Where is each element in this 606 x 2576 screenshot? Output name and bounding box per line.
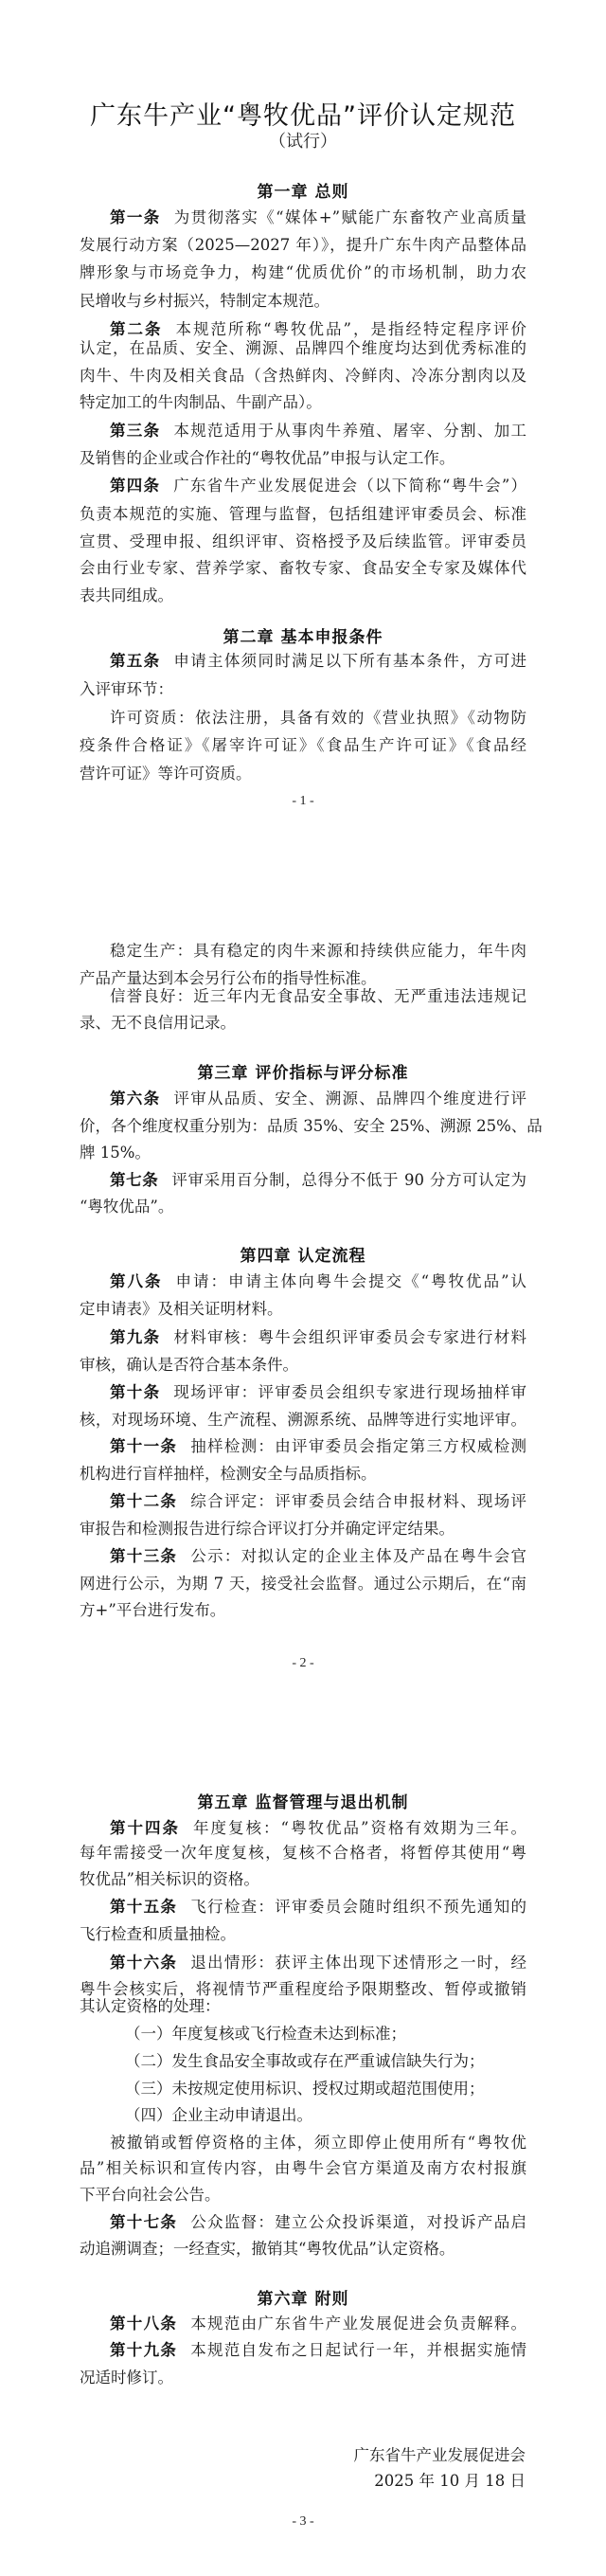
article-text: 本规范自发布之日起试行一年，并根据实施情	[190, 2341, 526, 2359]
paragraph-text: 被撤销或暂停资格的主体，须立即停止使用所有“粤牧优	[110, 2132, 526, 2154]
paragraph-text: 营许可证》等许可资质。	[80, 763, 526, 785]
article-text: 审核，确认是否符合基本条件。	[80, 1354, 526, 1377]
document-subtitle: （试行）	[0, 128, 606, 153]
paragraph-text: 稳定生产：具有稳定的肉牛来源和持续供应能力，年牛肉	[110, 940, 526, 963]
article-label: 第四条	[110, 477, 160, 495]
paragraph-text: 疫条件合格证》《屠宰许可证》《食品生产许可证》《食品经	[80, 734, 526, 757]
article-text: 价，各个维度权重分别为：品质 35%、安全 25%、溯源 25%、品	[80, 1115, 526, 1138]
signature-org: 广东省牛产业发展促进会	[354, 2442, 526, 2465]
paragraph-text: 品”相关标识和宣传内容，由粤牛会官方渠道及南方农村报旗	[80, 2157, 526, 2180]
article-text: 牌形象与市场竞争力，构建“优质优价”的市场机制，助力农	[80, 261, 526, 284]
article-label: 第五条	[110, 652, 160, 670]
article-text: 入评审环节：	[80, 678, 526, 701]
article-text: 广东省牛产业发展促进会（以下简称“粤牛会”）	[173, 477, 526, 495]
document-title: 广东牛产业“粤牧优品”评价认定规范	[0, 95, 606, 132]
article-text: 综合评定：评审委员会结合申报材料、现场评	[190, 1492, 526, 1510]
article-text: 本规范由广东省牛产业发展促进会负责解释。	[190, 2315, 526, 2333]
article-label: 第九条	[110, 1328, 160, 1346]
article-label: 第十八条	[110, 2315, 177, 2333]
article-text: 评审从品质、安全、溯源、品牌四个维度进行评	[173, 1090, 526, 1108]
chapter-6-heading: 第六章 附则	[0, 2285, 606, 2309]
article-text: 公示：对拟认定的企业主体及产品在粤牛会官	[190, 1547, 526, 1565]
article-label: 第十九条	[110, 2341, 177, 2359]
article-text: 表共同组成。	[80, 585, 526, 607]
article-label: 第一条	[110, 208, 161, 226]
article-text: 申请主体须同时满足以下所有基本条件，方可进	[173, 652, 526, 670]
article-label: 第十条	[110, 1383, 160, 1401]
article-text: 现场评审：评审委员会组织专家进行现场抽样审	[173, 1383, 526, 1401]
article-text: 定申请表》及相关证明材料。	[80, 1298, 526, 1321]
article-text: 每年需接受一次年度复核，复核不合格者，将暂停其使用“粤	[80, 1842, 526, 1864]
article-label: 第二条	[110, 320, 163, 338]
paragraph-text: 下平台向社会公告。	[80, 2184, 526, 2207]
article-text: 退出情形：获评主体出现下述情形之一时，经	[190, 1954, 526, 1972]
article-text: 公众监督：建立公众投诉渠道，对投诉产品启	[190, 2213, 526, 2231]
article-text: 牧优品”相关标识的资格。	[80, 1868, 526, 1891]
article-text: 肉牛、牛肉及相关食品（含热鲜肉、冷鲜肉、冷冻分割肉以及	[80, 365, 526, 387]
chapter-3-heading: 第三章 评价指标与评分标准	[0, 1059, 606, 1083]
article-text: 会由行业专家、营养学家、畜牧专家、食品安全专家及媒体代	[80, 557, 526, 580]
article-text: 本规范所称“粤牧优品”，是指经特定程序评价	[176, 320, 526, 338]
article-text: 方+”平台进行发布。	[80, 1599, 526, 1622]
article-text: 飞行检查：评审委员会随时组织不预先通知的	[190, 1898, 526, 1916]
list-item: （二）发生食品安全事故或存在严重诚信缺失行为；	[125, 2050, 526, 2073]
article-label: 第十六条	[110, 1954, 177, 1972]
article-text: 材料审核：粤牛会组织评审委员会专家进行材料	[173, 1328, 526, 1346]
article-text: 动追溯调查；一经查实，撤销其“粤牧优品”认定资格。	[80, 2238, 526, 2261]
article-text: 抽样检测：由评审委员会指定第三方权威检测	[190, 1437, 526, 1455]
article-text: “粤牧优品”。	[80, 1196, 526, 1218]
article-text: 飞行检查和质量抽检。	[80, 1923, 526, 1946]
article-text: 负责本规范的实施、管理与监督，包括组建评审委员会、标准	[80, 503, 526, 526]
article-text: 机构进行盲样抽样，检测安全与品质指标。	[80, 1463, 526, 1486]
article-text: 特定加工的牛肉制品、牛副产品）。	[80, 391, 526, 414]
article-text: 申请：申请主体向粤牛会提交《“粤牧优品”认	[176, 1272, 526, 1290]
article-text: 年度复核：“粤牧优品”资格有效期为三年。	[193, 1819, 526, 1837]
paragraph-text: 录、无不良信用记录。	[80, 1012, 526, 1035]
article-text: 为贯彻落实《“媒体+”赋能广东畜牧产业高质量	[174, 208, 526, 226]
chapter-4-heading: 第四章 认定流程	[0, 1242, 606, 1266]
article-text: 发展行动方案（2025—2027 年）》，提升广东牛肉产品整体品	[80, 234, 526, 257]
article-label: 第十五条	[110, 1898, 177, 1916]
article-text: 及销售的企业或合作社的“粤牧优品”申报与认定工作。	[80, 447, 526, 470]
article-label: 第六条	[110, 1090, 160, 1108]
article-label: 第三条	[110, 422, 160, 440]
paragraph-text: 信誉良好：近三年内无食品安全事故、无严重违法违规记	[110, 985, 526, 1008]
chapter-1-heading: 第一章 总则	[0, 178, 606, 202]
article-text: 评审采用百分制，总得分不低于 90 分方可认定为	[171, 1171, 526, 1189]
article-text: 况适时修订。	[80, 2367, 526, 2389]
page-number: - 2 -	[0, 1656, 606, 1671]
chapter-5-heading: 第五章 监督管理与退出机制	[0, 1789, 606, 1812]
article-text: 认定，在品质、安全、溯源、品牌四个维度均达到优秀标准的	[80, 337, 526, 360]
list-item: （一）年度复核或飞行检查未达到标准；	[125, 2023, 526, 2045]
chapter-2-heading: 第二章 基本申报条件	[0, 623, 606, 647]
list-item: （四）企业主动申请退出。	[125, 2104, 526, 2127]
article-text: 宣贯、受理申报、组织评审、资格授予及后续监管。评审委员	[80, 531, 526, 553]
article-text: 网进行公示，为期 7 天，接受社会监督。通过公示期后，在“南	[80, 1573, 526, 1595]
paragraph-text: 许可资质：依法注册，具备有效的《营业执照》《动物防	[110, 707, 526, 730]
article-label: 第十七条	[110, 2213, 177, 2231]
article-text: 其认定资格的处理：	[80, 1995, 526, 2018]
article-label: 第七条	[110, 1171, 158, 1189]
article-text: 核，对现场环境、生产流程、溯源系统、品牌等进行实地评审。	[80, 1409, 526, 1432]
signature-date: 2025 年 10 月 18 日	[374, 2468, 526, 2491]
article-text: 牌 15%。	[80, 1142, 526, 1164]
article-label: 第十一条	[110, 1437, 177, 1455]
article-label: 第十四条	[110, 1819, 180, 1837]
article-label: 第十二条	[110, 1492, 177, 1510]
article-text: 本规范适用于从事肉牛养殖、屠宰、分割、加工	[173, 422, 526, 440]
article-text: 审报告和检测报告进行综合评议打分并确定评定结果。	[80, 1518, 526, 1540]
page-number: - 3 -	[0, 2514, 606, 2530]
article-label: 第八条	[110, 1272, 163, 1290]
article-label: 第十三条	[110, 1547, 177, 1565]
article-text: 民增收与乡村振兴，特制定本规范。	[80, 290, 526, 313]
page-number: - 1 -	[0, 794, 606, 809]
list-item: （三）未按规定使用标识、授权过期或超范围使用；	[125, 2078, 526, 2100]
